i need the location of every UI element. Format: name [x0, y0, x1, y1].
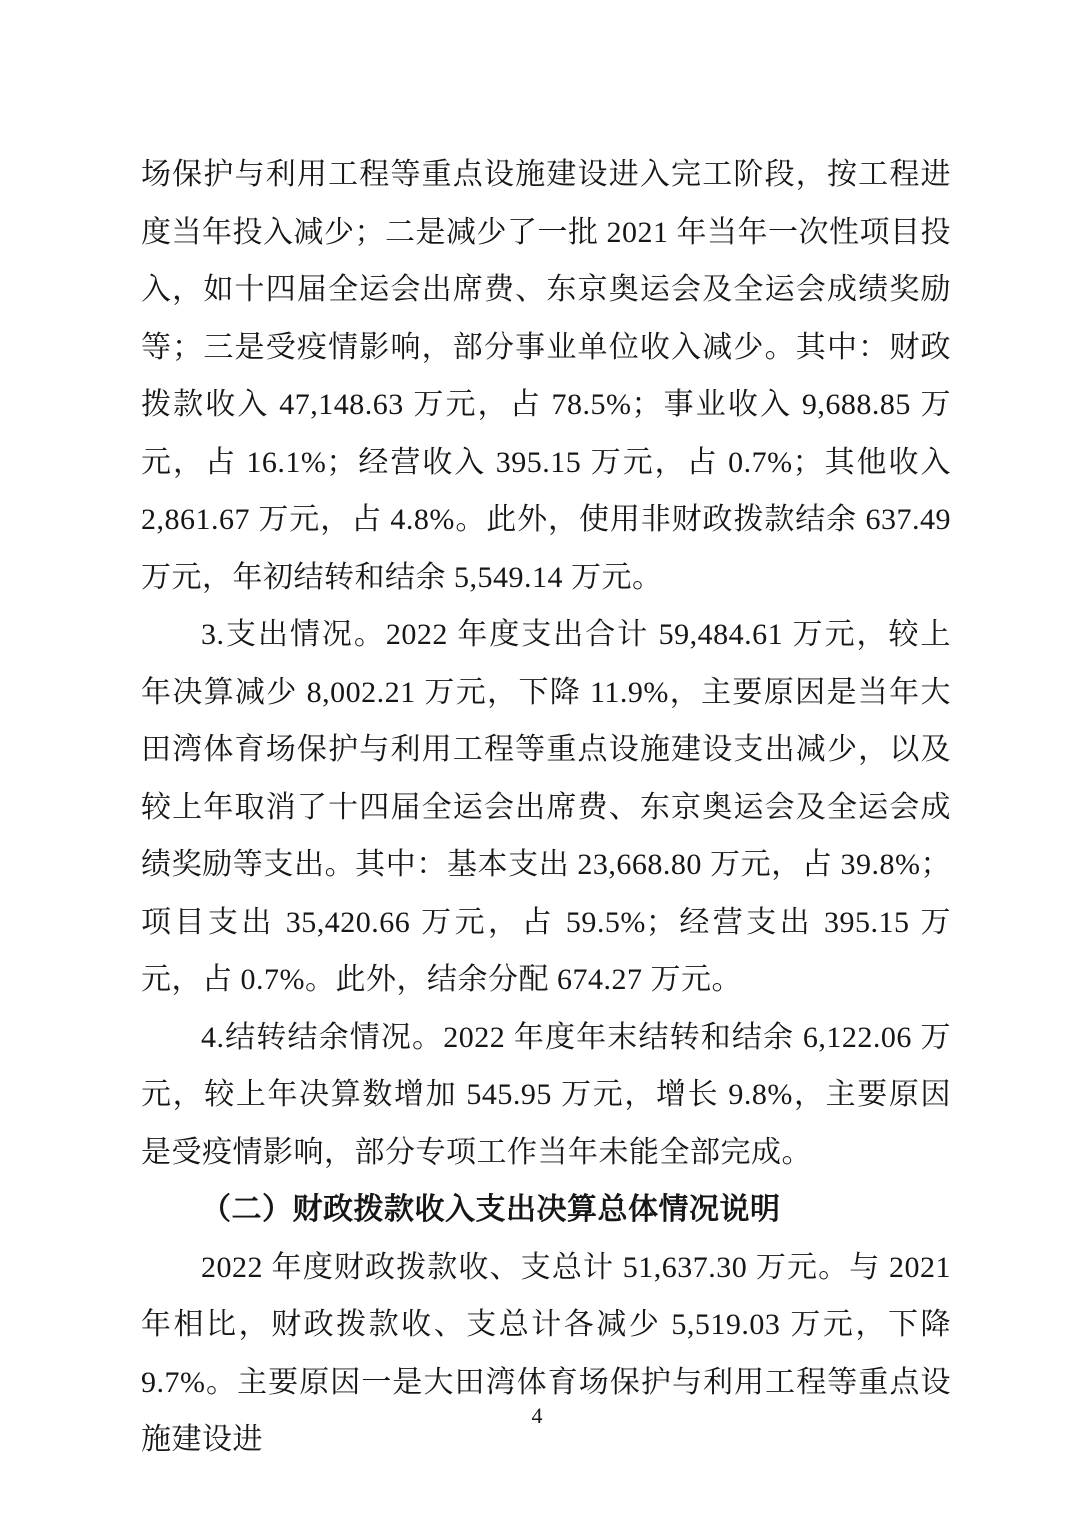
- paragraph-expenditure: 3.支出情况。2022 年度支出合计 59,484.61 万元，较上年决算减少 …: [141, 606, 951, 1009]
- paragraph-fiscal-appropriation-total: 2022 年度财政拨款收、支总计 51,637.30 万元。与 2021 年相比…: [141, 1239, 951, 1469]
- document-body: 场保护与利用工程等重点设施建设进入完工阶段，按工程进度当年投入减少；二是减少了一…: [141, 146, 951, 1469]
- section-heading-fiscal-appropriation: （二）财政拨款收入支出决算总体情况说明: [141, 1181, 951, 1239]
- document-page: 场保护与利用工程等重点设施建设进入完工阶段，按工程进度当年投入减少；二是减少了一…: [0, 0, 1074, 1520]
- page-number: 4: [0, 1402, 1074, 1430]
- paragraph-carryover-balance: 4.结转结余情况。2022 年度年末结转和结余 6,122.06 万元，较上年决…: [141, 1009, 951, 1182]
- paragraph-income-continuation: 场保护与利用工程等重点设施建设进入完工阶段，按工程进度当年投入减少；二是减少了一…: [141, 146, 951, 606]
